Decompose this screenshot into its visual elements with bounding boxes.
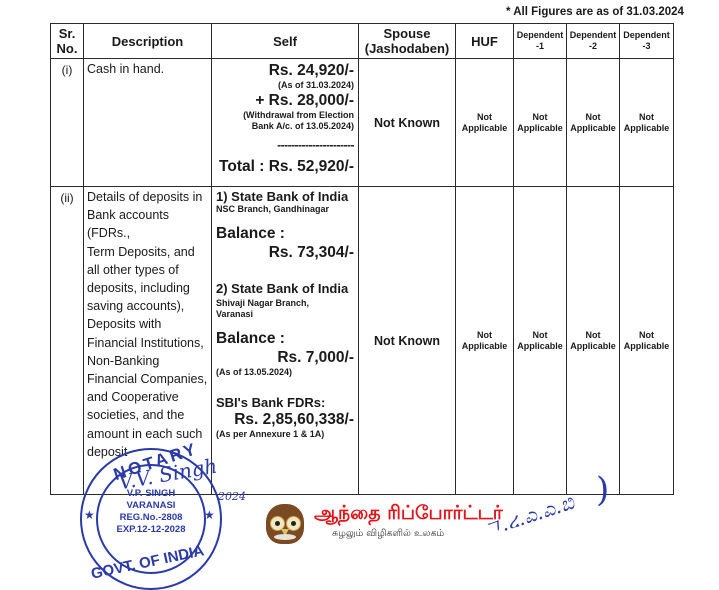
assets-table: Sr. No. Description Self Spouse(Jashodab…: [50, 23, 674, 495]
dependent-2-value: Not Applicable: [567, 187, 620, 495]
withdrawal-note-1: (Withdrawal from Election: [216, 110, 354, 121]
notary-sign-date: 2024: [218, 490, 246, 503]
header-dependent-1: Dependent-1: [514, 24, 567, 59]
stamp-exp: EXP.12-12-2028: [82, 524, 220, 535]
watermark-logo: ஆந்தை ரிப்போர்ட்டர் சுழலும் விழிகளில் உல…: [266, 500, 506, 550]
header-description: Description: [84, 24, 212, 59]
header-self: Self: [212, 24, 359, 59]
row-sr-no: (i): [51, 59, 84, 187]
bank-2-date-note: (As of 13.05.2024): [216, 367, 354, 378]
cash-date-note: (As of 31.03.2024): [216, 80, 354, 91]
dependent-3-value: Not Applicable: [620, 59, 674, 187]
owl-icon: [266, 504, 304, 544]
watermark-tagline: சுழலும் விழிகளில் உலகம்: [332, 528, 444, 540]
stamp-city: VARANASI: [82, 500, 220, 511]
star-icon: ★: [204, 508, 215, 522]
dependent-3-value: Not Applicable: [620, 187, 674, 495]
withdrawal-note-2: Bank A/c. of 13.05.2024): [216, 121, 354, 132]
bank-1-name: 1) State Bank of India: [216, 189, 354, 204]
cash-total: Total : Rs. 52,920/-: [216, 157, 354, 176]
withdrawal-amount: + Rs. 28,000/-: [216, 91, 354, 110]
huf-value: Not Applicable: [456, 59, 514, 187]
bank-2-balance-label: Balance :: [216, 329, 354, 348]
header-sr-no: Sr. No.: [51, 24, 84, 59]
star-icon: ★: [84, 508, 95, 522]
row-self-cash: Rs. 24,920/- (As of 31.03.2024) + Rs. 28…: [212, 59, 359, 187]
dependent-1-value: Not Applicable: [514, 59, 567, 187]
bank-2-branch-2: Varanasi: [216, 309, 354, 320]
cash-amount: Rs. 24,920/-: [216, 61, 354, 80]
header-dependent-3: Dependent-3: [620, 24, 674, 59]
fdr-amount: Rs. 2,85,60,338/-: [216, 410, 354, 429]
header-row: Sr. No. Description Self Spouse(Jashodab…: [51, 24, 674, 59]
stamp-name: V.P. SINGH: [82, 488, 220, 499]
fdr-note: (As per Annexure 1 & 1A): [216, 429, 354, 440]
header-spouse: Spouse(Jashodaben): [359, 24, 456, 59]
spouse-value: Not Known: [359, 187, 456, 495]
table-row-cash: (i) Cash in hand. Rs. 24,920/- (As of 31…: [51, 59, 674, 187]
row-description: Cash in hand.: [84, 59, 212, 187]
stamp-reg: REG.No.-2808: [82, 512, 220, 523]
fdr-label: SBI's Bank FDRs:: [216, 395, 354, 410]
huf-value: Not Applicable: [456, 187, 514, 495]
watermark-brand: ஆந்தை ரிப்போர்ட்டர்: [314, 502, 503, 527]
header-huf: HUF: [456, 24, 514, 59]
bank-2-balance: Rs. 7,000/-: [216, 348, 354, 367]
figures-date-note: * All Figures are as of 31.03.2024: [506, 6, 684, 18]
spouse-value: Not Known: [359, 59, 456, 187]
dependent-2-value: Not Applicable: [567, 59, 620, 187]
bank-2-branch-1: Shivaji Nagar Branch,: [216, 298, 354, 309]
bank-1-branch: NSC Branch, Gandhinagar: [216, 204, 354, 215]
row-self-deposits: 1) State Bank of India NSC Branch, Gandh…: [212, 187, 359, 495]
bank-1-balance-label: Balance :: [216, 224, 354, 243]
header-dependent-2: Dependent-2: [567, 24, 620, 59]
bank-2-name: 2) State Bank of India: [216, 281, 354, 296]
separator-line: ----------------------: [216, 138, 354, 152]
dependent-1-value: Not Applicable: [514, 187, 567, 495]
bank-1-balance: Rs. 73,304/-: [216, 243, 354, 262]
row-sr-no: (ii): [51, 187, 84, 495]
signature-stroke: ): [596, 470, 609, 510]
